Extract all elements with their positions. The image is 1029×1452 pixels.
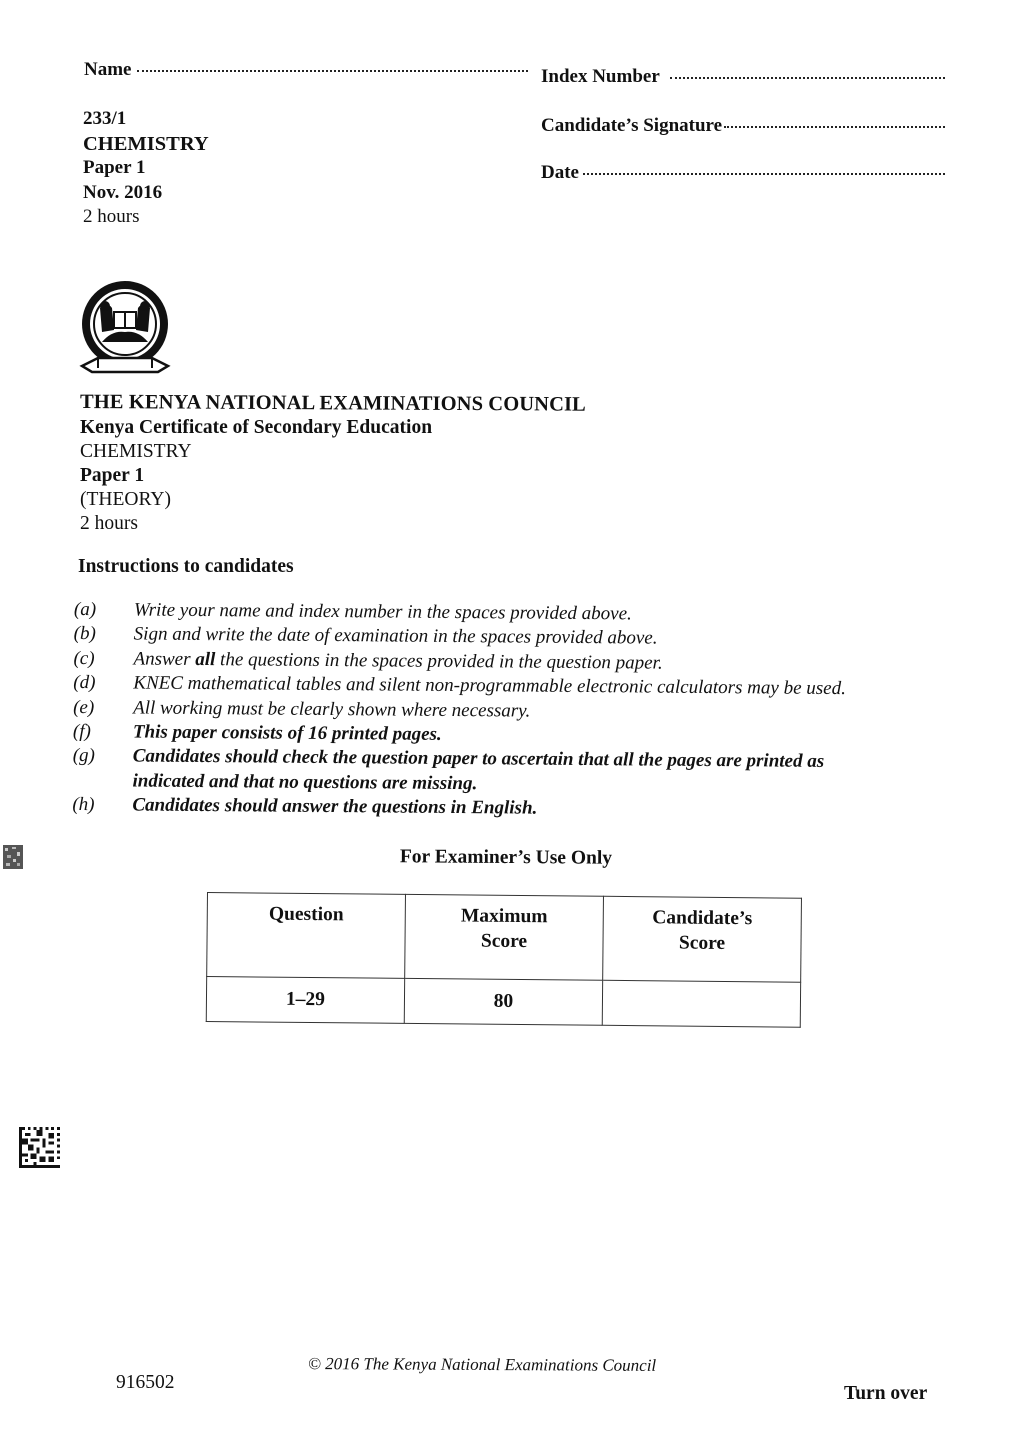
- date-label: Date: [541, 162, 579, 184]
- instruction-letter: (d): [73, 671, 133, 696]
- instruction-letter: (h): [72, 793, 132, 818]
- council-paper-type: (THEORY): [80, 488, 432, 512]
- scan-barcode-icon: [3, 845, 23, 869]
- instruction-text: Candidates should check the question pap…: [132, 745, 824, 799]
- column-header-candidate-score: Candidate’s Score: [603, 896, 802, 982]
- knec-crest-icon: [78, 278, 172, 382]
- instruction-item: (g) Candidates should check the question…: [72, 744, 932, 800]
- instruction-emphasis: all: [195, 649, 215, 670]
- paper-session: Nov. 2016: [83, 181, 209, 206]
- instruction-text-part: Answer: [133, 648, 195, 669]
- instruction-text-line: indicated and that no questions are miss…: [132, 770, 477, 794]
- date-input-line[interactable]: [583, 172, 945, 175]
- index-number-label: Index Number: [541, 66, 660, 88]
- column-header-text: Candidate’s: [604, 905, 801, 932]
- table-row: 1–29 80: [206, 977, 800, 1028]
- paper-meta: 233/1 CHEMISTRY Paper 1 Nov. 2016 2 hour…: [83, 107, 209, 230]
- instruction-letter: (e): [73, 696, 133, 721]
- paper-code: 233/1: [83, 107, 209, 132]
- instruction-text: All working must be clearly shown where …: [133, 696, 530, 724]
- signature-field[interactable]: Candidate’s Signature: [541, 115, 945, 137]
- instruction-letter: (b): [74, 622, 134, 647]
- name-field[interactable]: Name: [84, 59, 528, 81]
- name-label: Name: [84, 59, 131, 81]
- council-duration: 2 hours: [80, 512, 432, 536]
- table-header-row: Question Maximum Score Candidate’s Score: [207, 893, 802, 983]
- instruction-text-line: Candidates should check the question pap…: [133, 746, 825, 772]
- signature-label: Candidate’s Signature: [541, 115, 722, 137]
- certificate-name: Kenya Certificate of Secondary Education: [80, 416, 432, 440]
- paper-number: Paper 1: [83, 156, 209, 181]
- paper-serial-code: 916502: [116, 1372, 175, 1394]
- examiner-score-table: Question Maximum Score Candidate’s Score…: [206, 892, 802, 1028]
- instruction-text: Candidates should answer the questions i…: [132, 794, 537, 822]
- date-field[interactable]: Date: [541, 162, 945, 184]
- column-header-text: Score: [405, 928, 602, 955]
- council-title: THE KENYA NATIONAL EXAMINATIONS COUNCIL: [80, 391, 586, 417]
- instruction-letter: (f): [73, 720, 133, 745]
- column-header-text: Score: [603, 930, 800, 957]
- council-details: Kenya Certificate of Secondary Education…: [80, 416, 432, 536]
- index-number-field[interactable]: Index Number: [541, 66, 945, 88]
- column-header-maximum-score: Maximum Score: [405, 894, 604, 980]
- column-header-text: Question: [208, 901, 405, 928]
- turn-over-label: Turn over: [844, 1383, 927, 1405]
- datamatrix-code-icon: [19, 1127, 60, 1168]
- cell-maximum-score: 80: [404, 978, 602, 1025]
- cell-question: 1–29: [206, 977, 404, 1024]
- examiner-heading: For Examiner’s Use Only: [0, 843, 1012, 872]
- column-header-text: Maximum: [406, 903, 603, 930]
- index-number-input-line[interactable]: [670, 76, 945, 79]
- cell-candidate-score[interactable]: [602, 980, 800, 1027]
- instruction-letter: (g): [72, 744, 132, 793]
- instructions-heading: Instructions to candidates: [78, 556, 294, 578]
- instruction-letter: (c): [73, 647, 133, 672]
- instruction-letter: (a): [74, 598, 134, 623]
- column-header-question: Question: [207, 893, 406, 979]
- name-input-line[interactable]: [137, 69, 528, 72]
- signature-input-line[interactable]: [724, 125, 945, 128]
- instructions-list: (a) Write your name and index number in …: [72, 598, 934, 824]
- copyright-notice: © 2016 The Kenya National Examinations C…: [308, 1354, 656, 1376]
- instruction-text: This paper consists of 16 printed pages.: [133, 720, 442, 747]
- paper-subject: CHEMISTRY: [83, 132, 209, 157]
- paper-duration: 2 hours: [83, 205, 209, 230]
- council-paper: Paper 1: [80, 464, 432, 488]
- council-subject: CHEMISTRY: [80, 440, 432, 464]
- instruction-text-part: the questions in the spaces provided in …: [215, 649, 662, 674]
